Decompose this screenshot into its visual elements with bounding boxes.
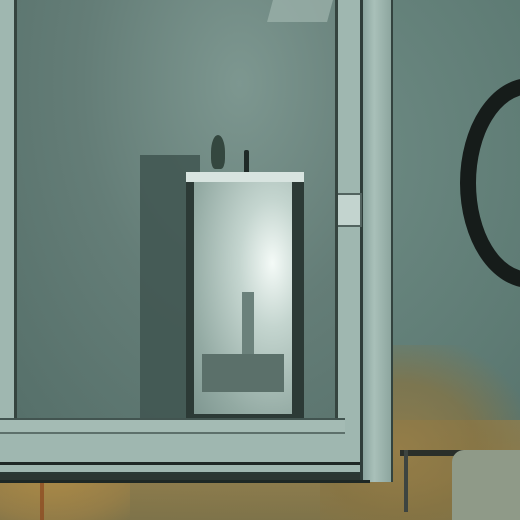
picture-tower [242,292,254,362]
cabinet-door-edge [360,0,393,482]
towel-bar-post [404,450,408,512]
frame-top-edge [186,172,304,182]
round-mirror [460,78,520,288]
photo-scene [0,0,520,520]
mirror-glare [267,0,333,22]
picture-ground [202,354,284,392]
figurine-shadow [211,135,225,169]
picture-hook [244,150,249,174]
hinge-icon [336,193,362,227]
framed-picture [186,172,304,424]
cabinet-sill [0,418,345,434]
towel [452,450,520,520]
picture-glass [194,182,292,414]
cable [0,480,370,483]
cable [0,462,360,465]
